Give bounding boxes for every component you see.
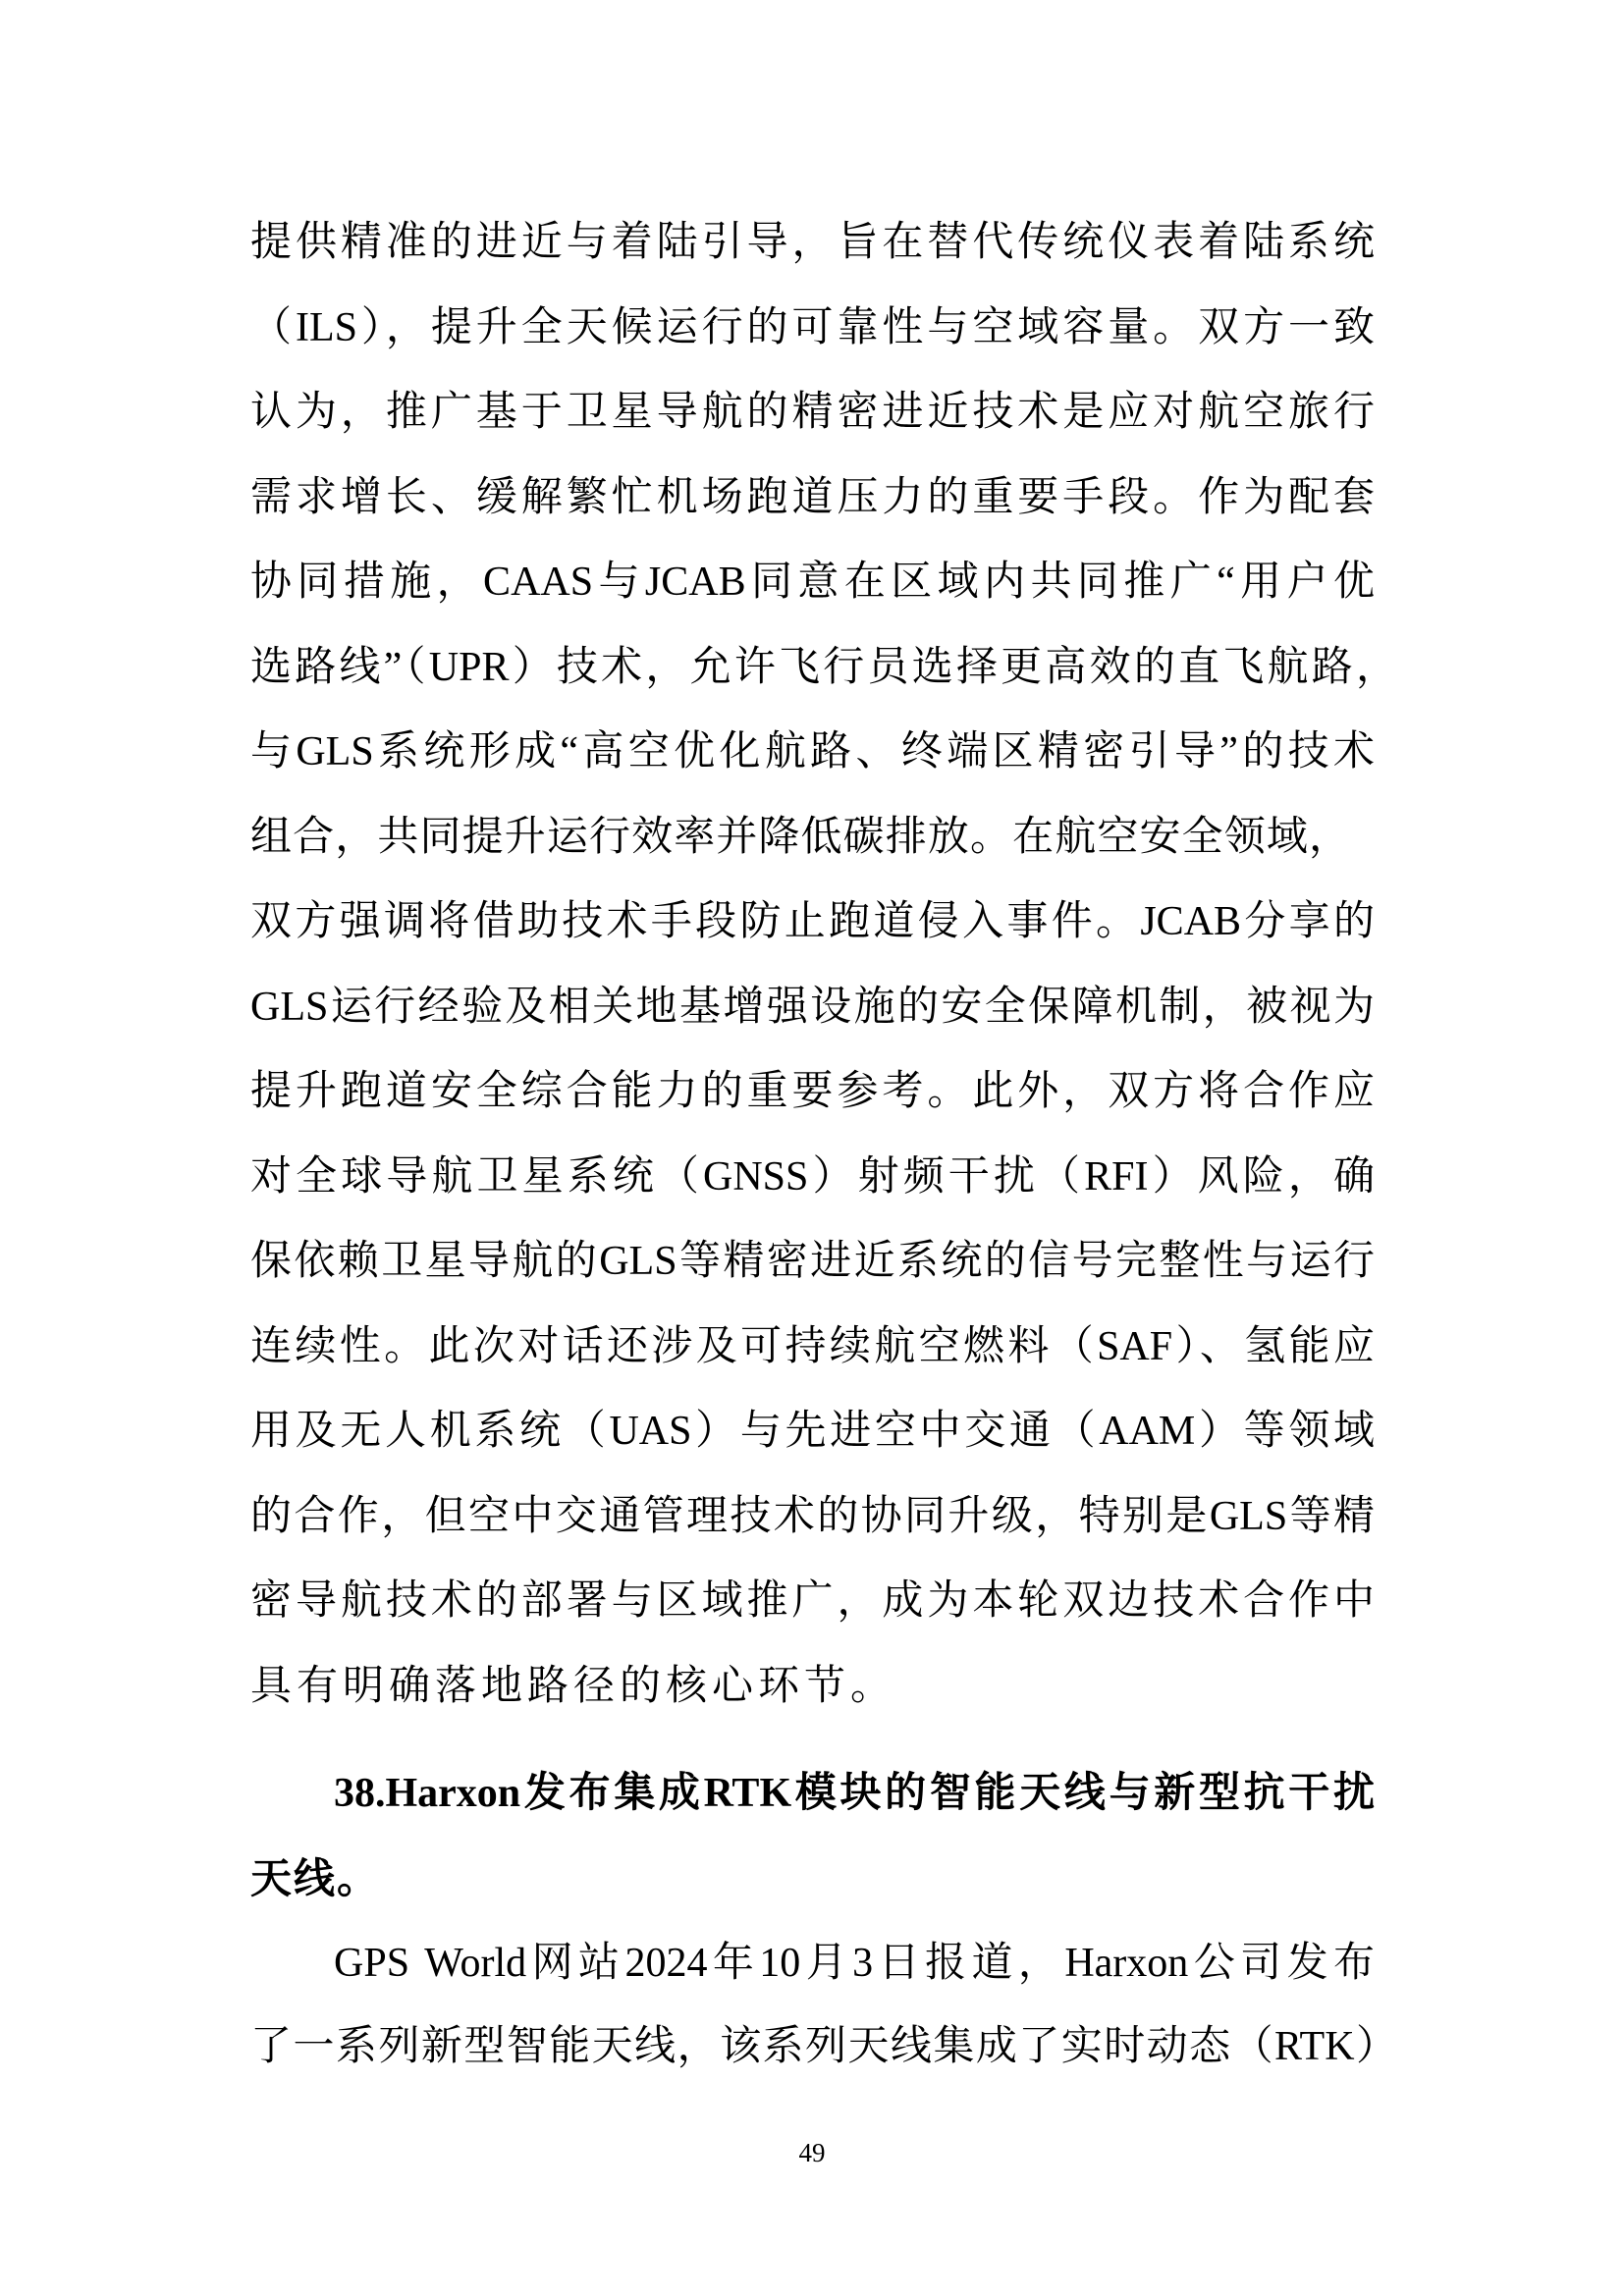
text-line: 提升跑道安全综合能力的重要参考。此外，双方将合作应 (250, 1049, 1375, 1134)
text-line: 提供精准的进近与着陆引导，旨在替代传统仪表着陆系统 (250, 200, 1375, 285)
text-line: 认为，推广基于卫星导航的精密进近技术是应对航空旅行 (250, 370, 1375, 454)
text-line: 双方强调将借助技术手段防止跑道侵入事件。JCAB分享的 (250, 880, 1375, 964)
document-page: 提供精准的进近与着陆引导，旨在替代传统仪表着陆系统 （ILS），提升全天候运行的… (0, 0, 1624, 2296)
text-line: 保依赖卫星导航的GLS等精密进近系统的信号完整性与运行 (250, 1219, 1375, 1304)
text-line: 密导航技术的部署与区域推广，成为本轮双边技术合作中 (250, 1559, 1375, 1643)
text-line: 对全球导航卫星系统（GNSS）射频干扰（RFI）风险，确 (250, 1135, 1375, 1219)
text-line: GPS World网站2024年10月3日报道，Harxon公司发布 (334, 1921, 1375, 2005)
text-line: 选路线”（UPR）技术，允许飞行员选择更高效的直飞航路， (250, 625, 1397, 710)
heading-line: 天线。 (250, 1838, 1375, 1922)
heading-line: 38.Harxon发布集成RTK模块的智能天线与新型抗干扰 (334, 1751, 1375, 1836)
text-line: 协同措施，CAAS与JCAB同意在区域内共同推广“用户优 (250, 540, 1375, 624)
text-line: 组合，共同提升运行效率并降低碳排放。在航空安全领域， (250, 795, 1350, 880)
text-line: 用及无人机系统（UAS）与先进空中交通（AAM）等领域 (250, 1389, 1375, 1473)
text-line: 了一系列新型智能天线，该系列天线集成了实时动态（RTK） (250, 2004, 1397, 2089)
text-line: 的合作，但空中交通管理技术的协同升级，特别是GLS等精 (250, 1474, 1375, 1559)
text-line: （ILS），提升全天候运行的可靠性与空域容量。双方一致 (250, 286, 1375, 370)
page-number: 49 (0, 2138, 1624, 2167)
text-line: 具有明确落地路径的核心环节。 (250, 1644, 1375, 1729)
text-line: GLS运行经验及相关地基增强设施的安全保障机制，被视为 (250, 965, 1375, 1049)
text-line: 需求增长、缓解繁忙机场跑道压力的重要手段。作为配套 (250, 455, 1375, 540)
text-line: 连续性。此次对话还涉及可持续航空燃料（SAF）、氢能应 (250, 1305, 1375, 1389)
text-line: 与GLS系统形成“高空优化航路、终端区精密引导”的技术 (250, 710, 1375, 794)
